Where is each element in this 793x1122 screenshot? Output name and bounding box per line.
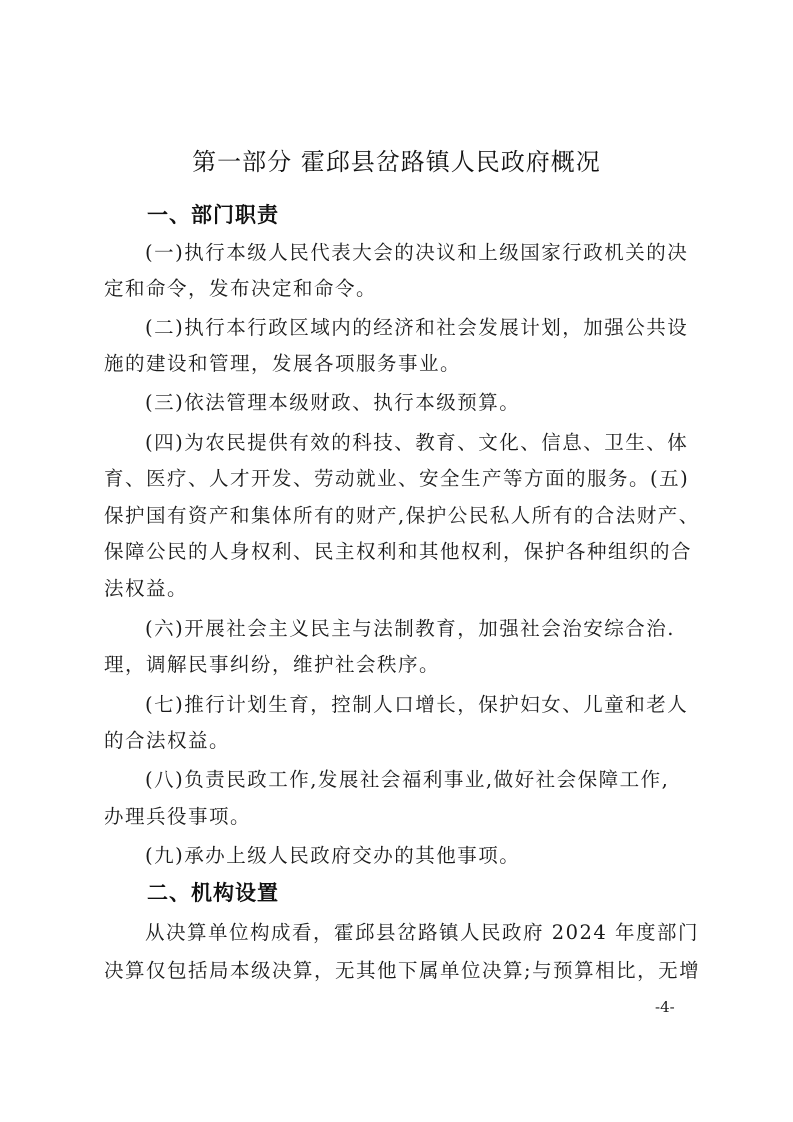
paragraph-line: 育、医疗、人才开发、劳动就业、安全生产等方面的服务。(五): [104, 463, 689, 491]
paragraph-line: (九)承办上级人民政府交办的其他事项。: [145, 840, 520, 868]
paragraph-line: 从决算单位构成看，霍邱县岔路镇人民政府 2024 年度部门: [145, 917, 699, 945]
paragraph-line: 的合法权益。: [104, 725, 230, 753]
paragraph-line: 施的建设和管理，发展各项服务事业。: [104, 348, 461, 376]
paragraph-line: (六)开展社会主义民主与法制教育，加强社会治安综合治.: [145, 613, 675, 641]
page-number: -4-: [655, 998, 675, 1016]
paragraph-line: 定和命令，发布决定和命令。: [104, 273, 377, 301]
paragraph-line: (八)负责民政工作,发展社会福利事业,做好社会保障工作,: [145, 764, 669, 792]
paragraph-line: 办理兵役事项。: [104, 801, 251, 829]
page-title: 第一部分 霍邱县岔路镇人民政府概况: [0, 142, 793, 177]
paragraph-line: (一)执行本级人民代表大会的决议和上级国家行政机关的决: [145, 237, 688, 265]
paragraph-line: 理，调解民事纠纷，维护社会秩序。: [104, 649, 440, 677]
paragraph-line: (三)依法管理本级财政、执行本级预算。: [145, 387, 520, 415]
paragraph-line: (二)执行本行政区域内的经济和社会发展计划，加强公共设: [145, 312, 688, 340]
section-heading-duties: 一、部门职责: [147, 199, 279, 229]
paragraph-line: 决算仅包括局本级决算，无其他下属单位决算;与预算相比，无增: [104, 955, 700, 983]
paragraph-line: 保障公民的人身权利、民主权利和其他权利，保护各种组织的合: [104, 536, 692, 564]
paragraph-line: (四)为农民提供有效的科技、教育、文化、信息、卫生、体: [145, 427, 688, 455]
paragraph-line: (七)推行计划生育，控制人口增长，保护妇女、儿童和老人: [145, 689, 688, 717]
document-page: 第一部分 霍邱县岔路镇人民政府概况 一、部门职责 (一)执行本级人民代表大会的决…: [0, 0, 793, 1122]
paragraph-line: 保护国有资产和集体所有的财产,保护公民私人所有的合法财产、: [104, 500, 700, 528]
section-heading-structure: 二、机构设置: [147, 877, 279, 907]
paragraph-line: 法权益。: [104, 573, 188, 601]
